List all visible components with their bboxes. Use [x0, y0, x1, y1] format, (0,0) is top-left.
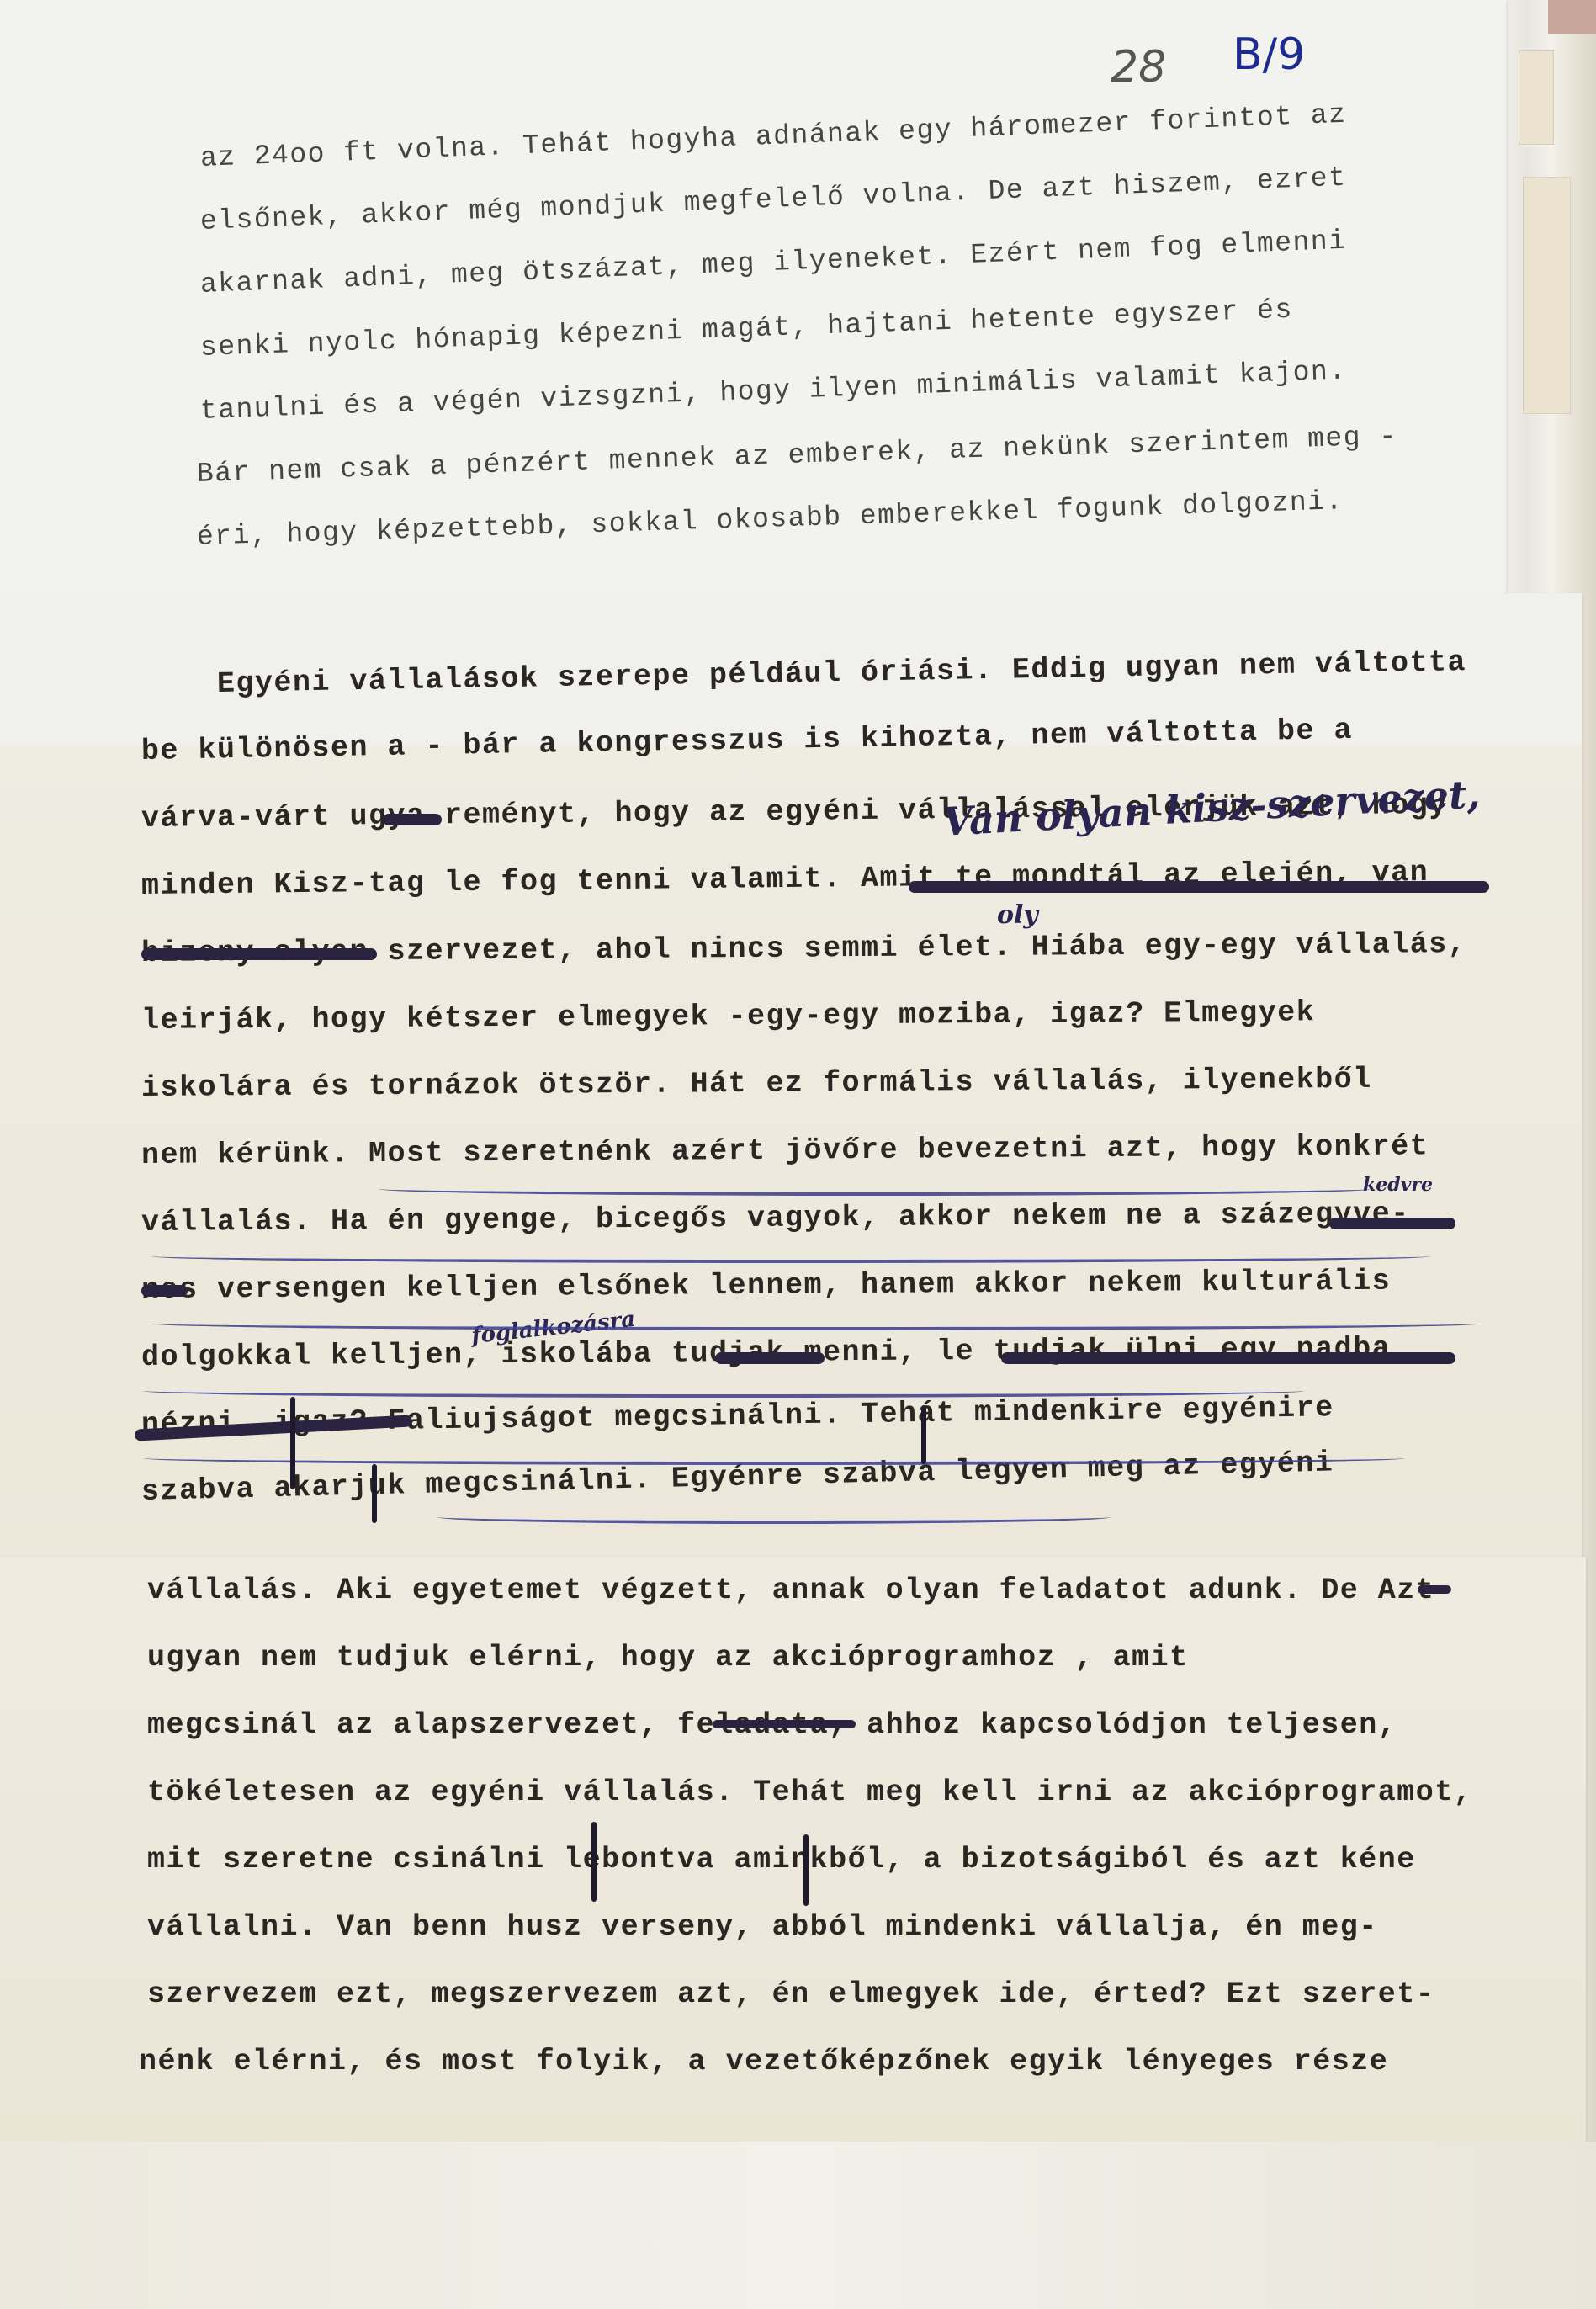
- text-line: nem kérünk. Most szeretnénk azért jövőre…: [141, 1129, 1429, 1172]
- insertion-mark: [372, 1464, 377, 1523]
- paper-tab: [1523, 177, 1571, 414]
- text-line: vállalás. Ha én gyenge, bicegős vagyok, …: [141, 1197, 1410, 1239]
- text-line: nénk elérni, és most folyik, a vezetőkép…: [139, 2045, 1388, 2078]
- text-line: Bár nem csak a pénzért mennek az emberek…: [196, 421, 1397, 490]
- wavy-underline: [143, 1384, 1304, 1398]
- text-line: leirják, hogy kétszer elmegyek -egy-egy …: [141, 995, 1315, 1038]
- wavy-underline: [151, 1317, 1481, 1330]
- strike-through: [713, 1720, 856, 1728]
- wavy-underline: [151, 1250, 1430, 1263]
- page-number-ink: B/9: [1233, 29, 1305, 80]
- paper-tab: [1519, 50, 1554, 145]
- wavy-underline: [379, 1182, 1371, 1196]
- strike-through: [141, 948, 377, 960]
- strike-through: [1001, 1352, 1455, 1364]
- handwritten-insertion: kedvre: [1363, 1174, 1433, 1196]
- text-line: tanulni és a végén vizsgzni, hogy ilyen …: [199, 355, 1347, 427]
- text-line: nes versengen kelljen elsőnek lennem, ha…: [141, 1265, 1391, 1307]
- text-line: vállalni. Van benn husz verseny, abból m…: [147, 1910, 1378, 1944]
- text-line: ugyan nem tudjuk elérni, hogy az akciópr…: [147, 1641, 1189, 1675]
- wavy-underline: [143, 1452, 1405, 1465]
- text-line: szervezem ezt, megszervezem azt, én elme…: [147, 1977, 1434, 2011]
- text-line: az 24oo ft volna. Tehát hogyha adnának e…: [199, 99, 1347, 174]
- paper-slip-1: 28 B/9 az 24oo ft volna. Tehát hogyha ad…: [0, 0, 1506, 593]
- text-line: akarnak adni, meg ötszázat, meg ilyeneke…: [199, 226, 1347, 300]
- strike-through: [715, 1352, 825, 1364]
- strike-through: [909, 881, 1489, 893]
- desk-corner: [1548, 0, 1596, 34]
- strike-through: [383, 814, 442, 825]
- strike-through: [141, 1285, 188, 1297]
- handwritten-insertion: oly: [997, 900, 1038, 930]
- strike-through: [1418, 1585, 1451, 1594]
- insertion-mark: [803, 1834, 809, 1906]
- paper-slip-3: vállalás. Aki egyetemet végzett, annak o…: [0, 1557, 1586, 2146]
- text-line: vállalás. Aki egyetemet végzett, annak o…: [147, 1574, 1434, 1607]
- wavy-underline: [437, 1510, 1111, 1524]
- text-line: éri, hogy képzettebb, sokkal okosabb emb…: [196, 486, 1344, 553]
- underlying-paper: [0, 2142, 1596, 2309]
- text-line: mit szeretne csinálni lebontva aminkből,…: [147, 1843, 1416, 1876]
- insertion-mark: [591, 1822, 597, 1902]
- insertion-mark: [290, 1397, 295, 1489]
- text-line: senki nyolc hónapig képezni magát, hajta…: [199, 295, 1293, 364]
- handwritten-insertion: Van olyan kisz-szervezet,: [941, 771, 1481, 844]
- paper-slip-2: Egyéni vállalások szerepe például óriási…: [0, 593, 1582, 1561]
- text-line: elsőnek, akkor még mondjuk megfelelő vol…: [199, 162, 1347, 237]
- insertion-mark: [921, 1405, 926, 1464]
- text-line: minden Kisz-tag le fog tenni valamit. Am…: [141, 856, 1429, 903]
- strike-through: [1329, 1218, 1455, 1229]
- text-line: nézni, igaz? Faliujságot megcsinálni. Te…: [141, 1391, 1334, 1441]
- page-number-pencil: 28: [1111, 42, 1166, 93]
- text-line: iskolára és tornázok ötször. Hát ez form…: [141, 1063, 1372, 1105]
- text-line: tökéletesen az egyéni vállalás. Tehát me…: [147, 1776, 1472, 1809]
